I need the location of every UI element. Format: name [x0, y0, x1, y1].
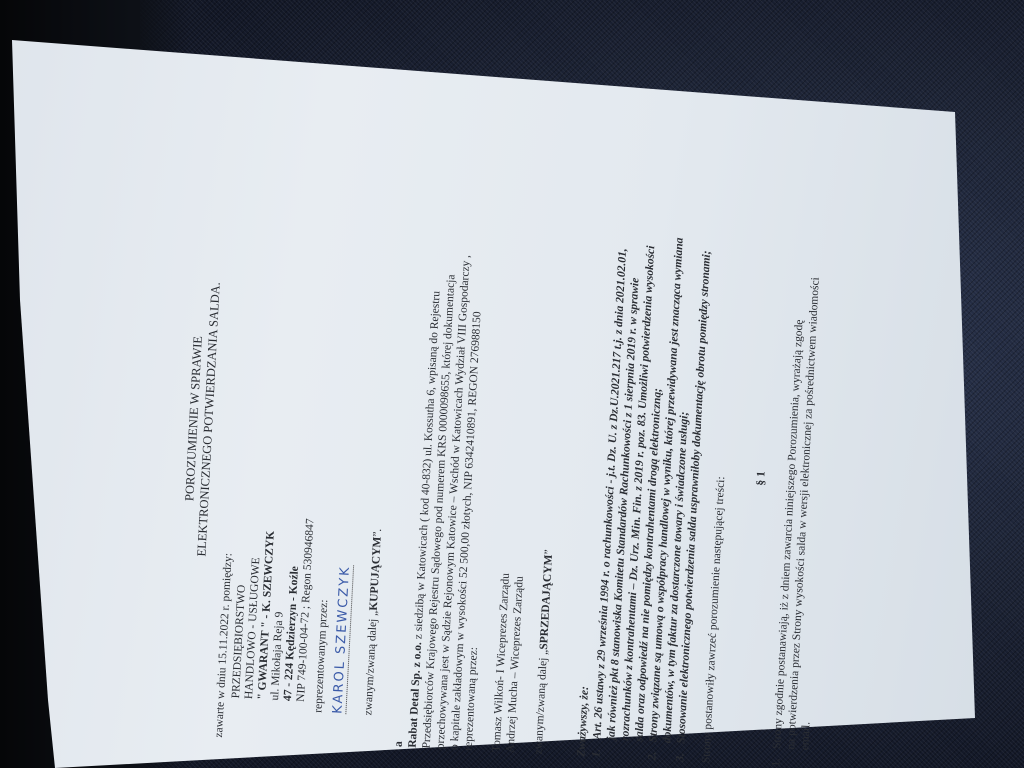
called-text: zwanym/zwaną dalej „ [533, 649, 550, 754]
agreement-document: POROZUMIENIE W SPRAWIE ELEKTRONICZNEGO P… [170, 96, 923, 768]
seller-details: Rabat Detal Sp. z o.o. z siedzibą w Kato… [406, 253, 502, 751]
list-number: 1. [769, 758, 783, 767]
buyer-stamp: PRZEDSIĘBIORSTWO HANDLOWO - USŁUGOWE " G… [230, 515, 318, 702]
role-suffix: ” [543, 549, 555, 555]
list-number: 2. [645, 751, 659, 760]
called-text: zwanym/zwaną dalej „ [362, 610, 379, 715]
buyer-represented-label: reprezentowanym przez: [311, 599, 331, 713]
buyer-role-line: zwanym/zwaną dalej „KUPUJĄCYM”. [361, 528, 385, 715]
connector: a [392, 741, 406, 747]
list-number: 3. [673, 753, 687, 762]
clauses-list: 1.Strony zgodnie postanawiają, iż z dnie… [769, 276, 837, 768]
agreed-line: Strony postanowiły zawrzeć porozumienie … [699, 476, 728, 763]
seller-role-line: zwanym/zwaną dalej „SPRZEDAJĄCYM” [532, 549, 557, 754]
buyer-representative: KAROL SZEWCZYK [331, 565, 354, 714]
seller-representatives: Tomasz Wilkoń- I Wiceprezes Zarządu Andr… [490, 573, 527, 753]
list-number: 1. [589, 748, 603, 757]
role-suffix: ”. [372, 528, 384, 537]
buyer-role: KUPUJĄCYM [368, 536, 384, 611]
whereas-list: 1.Art. 26 ustawy z 29 września 1994 r. o… [589, 234, 714, 762]
handwritten-signature-name: KAROL SZEWCZYK [331, 565, 354, 714]
seller-role: SPRZEDAJĄCYM [538, 554, 555, 650]
list-item: 1.Strony zgodnie postanawiają, iż z dnie… [769, 276, 837, 768]
section-mark: § 1 [754, 471, 769, 486]
